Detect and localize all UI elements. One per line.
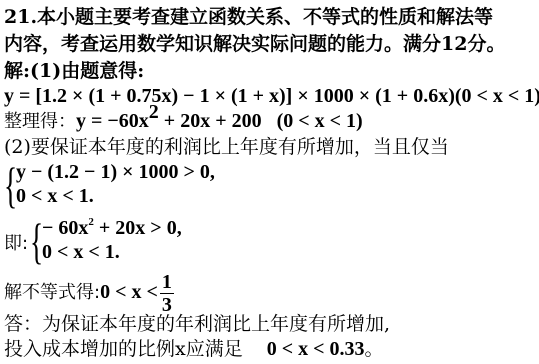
system-2-row-1-part-a: − 60x xyxy=(42,217,88,239)
intro-line-2: 内容，考查运用数学知识解决实际问题的能力。满分12分。 xyxy=(4,33,505,55)
part1-label: 解:(1)由题意得: xyxy=(4,60,144,82)
answer-line-2: 投入成本增加的比例x应满足0 < x < 0.33。 xyxy=(4,338,384,360)
answer-period: 。 xyxy=(365,338,384,360)
answer-line-1: 答：为保证本年度的年利润比上年度有所增加, xyxy=(4,313,390,335)
intro-line-1: 21.本小题主要考查建立函数关系、不等式的性质和解法等 xyxy=(4,6,493,28)
solve-line: 解不等式得:0 < x <13 xyxy=(4,270,174,316)
simplify-label: 整理得： xyxy=(4,111,76,132)
system-2-row-1: − 60x2 + 20x > 0, xyxy=(42,216,182,240)
solve-label: 解不等式得: xyxy=(4,282,100,303)
solve-expression: 0 < x < xyxy=(100,281,158,303)
system-2-row-2: 0 < x < 1. xyxy=(42,240,182,264)
fraction-numerator: 1 xyxy=(160,271,174,294)
part2-label: (2)要保证本年度的利润比上年度有所增加，当且仅当 xyxy=(4,136,449,158)
equation-2-part-b: + 20x + 200 (0 < x < 1) xyxy=(159,110,363,132)
system-1-row-1: y − (1.2 − 1) × 1000 > 0, xyxy=(16,160,215,184)
equation-1: y = [1.2 × (1 + 0.75x) − 1 × (1 + x)] × … xyxy=(4,85,539,107)
ji-label: 即: xyxy=(4,229,28,255)
fraction-one-third: 13 xyxy=(160,271,174,316)
answer-range: 0 < x < 0.33 xyxy=(267,338,365,360)
system-2-row-1-part-b: + 20x > 0, xyxy=(94,217,182,239)
answer-line-2-text: 投入成本增加的比例x应满足 xyxy=(4,338,243,360)
equation-2-exponent: 2 xyxy=(149,101,159,123)
solution-document: 21.本小题主要考查建立函数关系、不等式的性质和解法等 内容，考查运用数学知识解… xyxy=(0,0,539,364)
equation-2-line: 整理得：y = −60x2 + 20x + 200 (0 < x < 1) xyxy=(4,110,363,133)
system-1-row-2: 0 < x < 1. xyxy=(16,184,215,208)
equation-2-part-a: y = −60x xyxy=(76,110,149,132)
